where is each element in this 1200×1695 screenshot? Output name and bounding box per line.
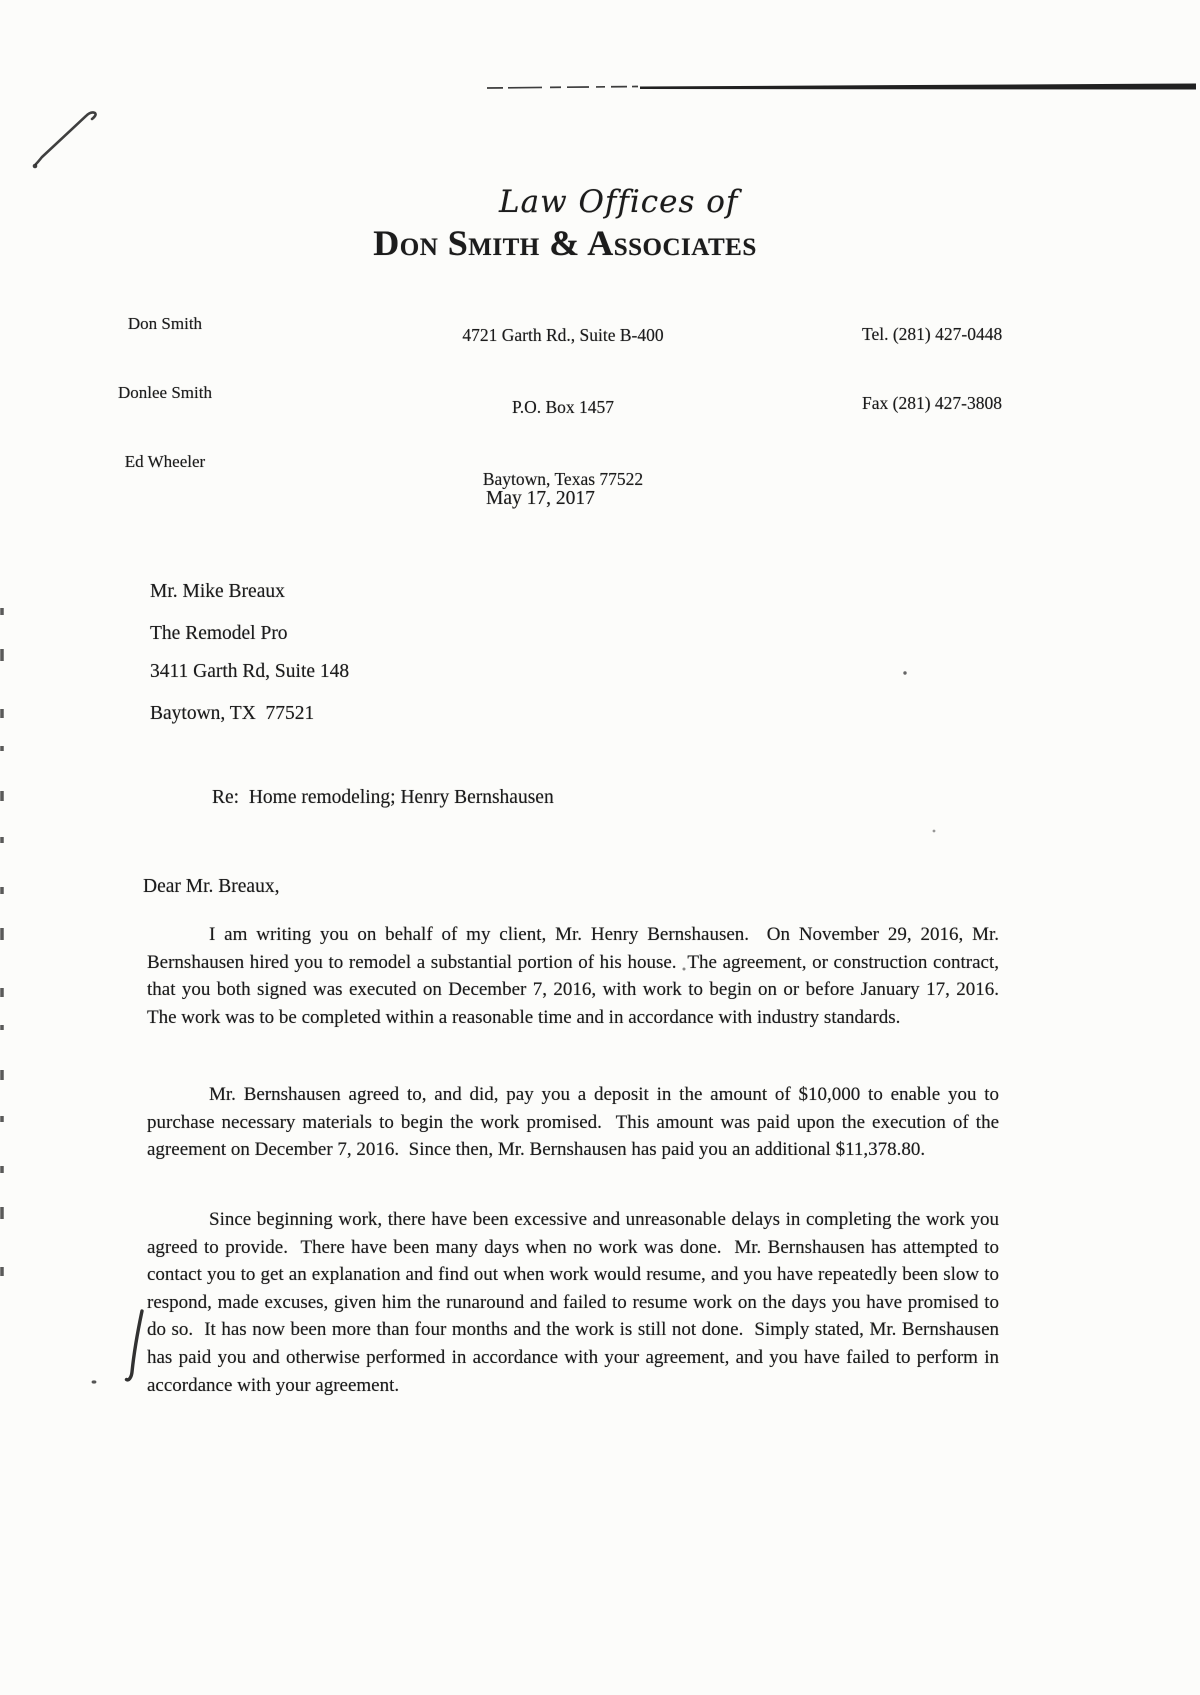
ink-speck <box>903 671 906 674</box>
salutation: Dear Mr. Breaux, <box>143 876 279 898</box>
body-paragraph-1: I am writing you on behalf of my client,… <box>147 921 999 1031</box>
re-line: Re: Home remodeling; Henry Bernshausen <box>212 787 554 809</box>
firm-address-line: P.O. Box 1457 <box>363 395 763 419</box>
attorney-name: Ed Wheeler <box>118 450 212 473</box>
letter-date: May 17, 2017 <box>486 488 595 510</box>
recipient-name: Mr. Mike Breaux <box>150 581 285 603</box>
firm-phone-block: Tel. (281) 427-0448 Fax (281) 427-3808 <box>862 277 1002 461</box>
body-paragraph-2: Mr. Bernshausen agreed to, and did, pay … <box>147 1081 999 1164</box>
recipient-company: The Remodel Pro <box>150 623 288 645</box>
body-paragraph-3: Since beginning work, there have been ex… <box>147 1206 999 1399</box>
recipient-street: 3411 Garth Rd, Suite 148 <box>150 661 349 683</box>
attorney-name: Don Smith <box>118 312 212 335</box>
attorney-name: Donlee Smith <box>118 381 212 404</box>
ink-speck <box>933 830 936 833</box>
firm-tel: Tel. (281) 427-0448 <box>862 323 1002 346</box>
scan-artifact-top-line <box>487 84 1196 90</box>
recipient-city: Baytown, TX 77521 <box>150 703 314 725</box>
letterhead-tagline: Law Offices of <box>499 184 738 220</box>
firm-address-line: 4721 Garth Rd., Suite B-400 <box>363 323 763 347</box>
attorney-list: Don Smith Donlee Smith Ed Wheeler <box>118 266 212 519</box>
firm-fax: Fax (281) 427-3808 <box>862 392 1002 415</box>
firm-name: Don Smith & Associates <box>340 222 790 264</box>
margin-slash-mark <box>92 1311 142 1384</box>
handwritten-check-mark <box>33 112 96 168</box>
scanned-letter-page: Law Offices of Don Smith & Associates Do… <box>0 0 1200 1695</box>
